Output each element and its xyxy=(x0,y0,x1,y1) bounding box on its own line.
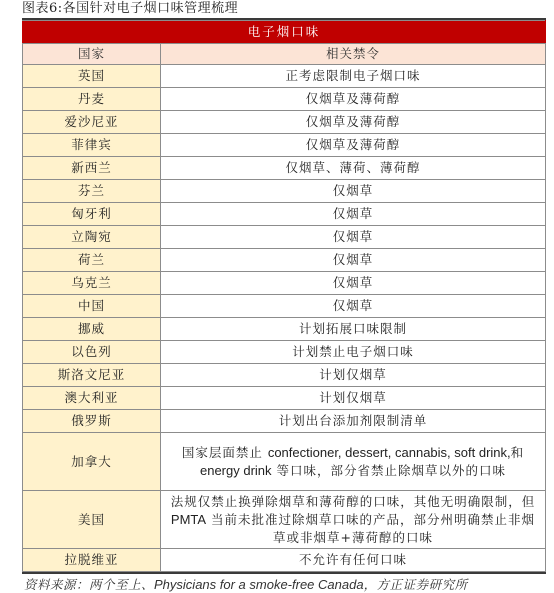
source-suffix: ，方正证券研究所 xyxy=(364,577,468,592)
source-prefix: 资料来源：两个至上、 xyxy=(24,577,154,592)
country-cell: 菲律宾 xyxy=(23,134,161,157)
rule-cell: 仅烟草 xyxy=(161,249,546,272)
rule-cell: 计划仅烟草 xyxy=(161,387,546,410)
source-latin: Physicians for a smoke-free Canada xyxy=(154,577,364,592)
table-row: 菲律宾仅烟草及薄荷醇 xyxy=(23,134,546,157)
flavor-regulation-table-wrap: 电子烟口味 国家 相关禁令 英国正考虑限制电子烟口味丹麦仅烟草及薄荷醇爱沙尼亚仅… xyxy=(22,18,546,574)
table-title: 电子烟口味 xyxy=(23,21,546,44)
table-row: 荷兰仅烟草 xyxy=(23,249,546,272)
header-country: 国家 xyxy=(23,44,161,65)
rule-cell: 仅烟草及薄荷醇 xyxy=(161,88,546,111)
rule-cell: 正考虑限制电子烟口味 xyxy=(161,65,546,88)
rule-cell: 计划禁止电子烟口味 xyxy=(161,341,546,364)
table-row: 俄罗斯计划出台添加剂限制清单 xyxy=(23,410,546,433)
rule-cell: 仅烟草及薄荷醇 xyxy=(161,134,546,157)
source-note: 资料来源：两个至上、Physicians for a smoke-free Ca… xyxy=(24,575,468,593)
rule-cell: 不允许有任何口味 xyxy=(161,549,546,572)
country-cell: 新西兰 xyxy=(23,157,161,180)
country-cell: 俄罗斯 xyxy=(23,410,161,433)
flavor-regulation-table: 电子烟口味 国家 相关禁令 英国正考虑限制电子烟口味丹麦仅烟草及薄荷醇爱沙尼亚仅… xyxy=(22,20,546,572)
rule-cell: 计划仅烟草 xyxy=(161,364,546,387)
country-cell: 加拿大 xyxy=(23,433,161,491)
table-row: 爱沙尼亚仅烟草及薄荷醇 xyxy=(23,111,546,134)
table-body: 英国正考虑限制电子烟口味丹麦仅烟草及薄荷醇爱沙尼亚仅烟草及薄荷醇菲律宾仅烟草及薄… xyxy=(23,65,546,572)
table-row: 中国仅烟草 xyxy=(23,295,546,318)
country-cell: 芬兰 xyxy=(23,180,161,203)
table-title-row: 电子烟口味 xyxy=(23,21,546,44)
rule-cell: 仅烟草 xyxy=(161,180,546,203)
table-row: 美国法规仅禁止换弹除烟草和薄荷醇的口味，其他无明确限制，但 PMTA 当前未批准… xyxy=(23,491,546,549)
country-cell: 美国 xyxy=(23,491,161,549)
table-row: 斯洛文尼亚计划仅烟草 xyxy=(23,364,546,387)
country-cell: 斯洛文尼亚 xyxy=(23,364,161,387)
country-cell: 中国 xyxy=(23,295,161,318)
country-cell: 挪威 xyxy=(23,318,161,341)
country-cell: 乌克兰 xyxy=(23,272,161,295)
table-row: 澳大利亚计划仅烟草 xyxy=(23,387,546,410)
table-header-row: 国家 相关禁令 xyxy=(23,44,546,65)
table-row: 匈牙利仅烟草 xyxy=(23,203,546,226)
figure-caption: 图表6:各国针对电子烟口味管理梳理 xyxy=(22,1,238,17)
country-cell: 匈牙利 xyxy=(23,203,161,226)
country-cell: 荷兰 xyxy=(23,249,161,272)
table-row: 立陶宛仅烟草 xyxy=(23,226,546,249)
table-row: 新西兰仅烟草、薄荷、薄荷醇 xyxy=(23,157,546,180)
country-cell: 英国 xyxy=(23,65,161,88)
rule-cell: 仅烟草、薄荷、薄荷醇 xyxy=(161,157,546,180)
country-cell: 丹麦 xyxy=(23,88,161,111)
rule-cell: 法规仅禁止换弹除烟草和薄荷醇的口味，其他无明确限制，但 PMTA 当前未批准过除… xyxy=(161,491,546,549)
table-row: 挪威计划拓展口味限制 xyxy=(23,318,546,341)
rule-cell: 仅烟草 xyxy=(161,226,546,249)
table-row: 拉脱维亚不允许有任何口味 xyxy=(23,549,546,572)
table-row: 乌克兰仅烟草 xyxy=(23,272,546,295)
country-cell: 以色列 xyxy=(23,341,161,364)
country-cell: 立陶宛 xyxy=(23,226,161,249)
country-cell: 澳大利亚 xyxy=(23,387,161,410)
rule-cell: 仅烟草及薄荷醇 xyxy=(161,111,546,134)
country-cell: 爱沙尼亚 xyxy=(23,111,161,134)
rule-cell: 仅烟草 xyxy=(161,203,546,226)
table-row: 丹麦仅烟草及薄荷醇 xyxy=(23,88,546,111)
header-rule: 相关禁令 xyxy=(161,44,546,65)
rule-cell: 计划出台添加剂限制清单 xyxy=(161,410,546,433)
table-row: 以色列计划禁止电子烟口味 xyxy=(23,341,546,364)
rule-cell: 仅烟草 xyxy=(161,295,546,318)
rule-cell: 计划拓展口味限制 xyxy=(161,318,546,341)
country-cell: 拉脱维亚 xyxy=(23,549,161,572)
rule-cell: 国家层面禁止 confectioner, dessert, cannabis, … xyxy=(161,433,546,491)
table-row: 加拿大国家层面禁止 confectioner, dessert, cannabi… xyxy=(23,433,546,491)
table-row: 芬兰仅烟草 xyxy=(23,180,546,203)
rule-cell: 仅烟草 xyxy=(161,272,546,295)
table-row: 英国正考虑限制电子烟口味 xyxy=(23,65,546,88)
